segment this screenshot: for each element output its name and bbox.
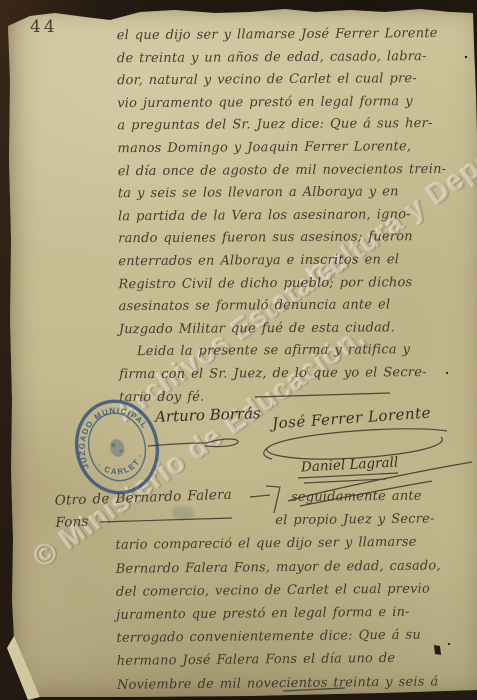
handwritten-line: a preguntas del Sr. Juez dice: Que á sus… (117, 113, 467, 138)
handwritten-line: seguidamente ante (291, 484, 465, 509)
judge-rubric (148, 439, 238, 447)
handwritten-line: el que dijo ser y llamarse José Ferrer L… (117, 23, 467, 48)
witness-rubric (267, 429, 447, 459)
handwritten-line: Registro Civil de dicho pueblo; por dich… (118, 271, 468, 296)
paper-sheet: Archivos Estatales © Ministerio de Educa… (0, 0, 477, 700)
handwritten-paragraph-declaration-2: seguidamente anteel propio Juez y Secre-… (115, 484, 467, 696)
handwritten-line: rando quienes fueron sus asesinos; fuero… (118, 226, 468, 251)
handwritten-line: enterrados en Alboraya e inscritos en el (118, 249, 468, 274)
handwritten-paragraph-declaration-1: el que dijo ser y llamarse José Ferrer L… (117, 23, 470, 410)
signature-judge: Arturo Borrás (155, 404, 261, 426)
handwritten-line: tario compareció el que dijo ser y llama… (115, 531, 465, 558)
handwritten-line: Bernardo Falera Fons, mayor de edad, cas… (116, 554, 466, 581)
handwritten-line: el día once de agosto de mil novecientos… (118, 158, 468, 183)
handwritten-line: terrogado convenientemente dice: Que á s… (116, 623, 466, 650)
handwritten-line: dor, natural y vecino de Carlet el cual … (117, 68, 467, 93)
handwritten-line: Leida la presente se afirma y ratifica y (119, 339, 469, 364)
stamp-center-emblem (108, 438, 126, 459)
handwritten-line: firma con el Sr. Juez, de lo que yo el S… (119, 362, 469, 387)
handwritten-line: Juzgado Militar que fué de esta ciudad. (119, 316, 469, 341)
page-number: 44 (30, 17, 58, 37)
signature-secretary: Daniel Lagrall (301, 454, 399, 475)
handwritten-line: manos Domingo y Joaquin Ferrer Lorente, (117, 136, 467, 161)
ink-smudge (172, 506, 194, 520)
handwritten-line: vio juramento que prestó en legal forma … (117, 91, 467, 116)
handwritten-line: Noviembre de mil novecientos treinta y s… (117, 670, 467, 697)
handwritten-line: asesinatos se formuló denuncia ante el (119, 294, 469, 319)
handwritten-line: ta y seis se los llevaron a Alboraya y e… (118, 181, 468, 206)
handwritten-line: el propio Juez y Secre- (275, 507, 465, 532)
scan-background: Archivos Estatales © Ministerio de Educa… (0, 0, 477, 700)
handwritten-line: del comercio, vecino de Carlet el cual p… (116, 577, 466, 604)
handwritten-line: la partida de la Vera los asesinaron, ig… (118, 204, 468, 229)
handwritten-line: de treinta y un años de edad, casado, la… (117, 45, 467, 70)
